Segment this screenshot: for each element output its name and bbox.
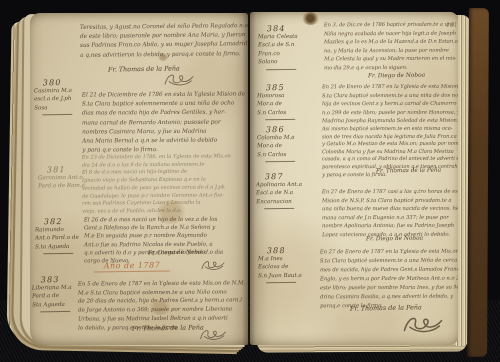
margin-underline [265,119,295,120]
entry-384-text: En 3. de Dic.re de 1786 bapticé privadam… [324,21,454,73]
entry-384-margin: 384 Maria CelestaEscl.a de S.n Fran.coSo… [258,24,314,70]
margin-underline [40,311,70,313]
left-page: Teresitas, y Agust.na Coronel del niño P… [30,13,248,345]
entry-386-margin: 386 Colomba M.aMor.a deS.n Carlos [257,125,313,163]
margin-underline [42,114,72,116]
margin-underline [266,69,296,70]
margin-underline [43,253,73,254]
margin-underline [265,161,295,162]
rubric-flourish-icon [198,327,228,343]
priest-signature: Fr. Diego de Noboa [148,250,205,257]
entry-margin-name: Colomba M.aMor.a deS.n Carlos [257,134,313,160]
entry-387-text: En 27 de Enero de 1787 casi a las q.tro … [322,188,454,240]
entry-number: 384 [267,24,314,33]
entry-number: 387 [265,172,312,181]
baptismal-register-photo: Teresitas, y Agust.na Coronel del niño P… [0,0,500,362]
entry-margin-name: Maria CelestaEscl.a de S.n Fran.coSolano [258,33,314,67]
entry-margin-name: RaimundoAnt.o Pard.o deS.ta Agueda [35,226,91,252]
entry-number: 385 [266,83,313,92]
priest-signature: Fr. Thomas de la Peña [350,303,422,313]
entry-margin-name: Apolinaria Ant.aEscl.a de N.aEncarnacion [256,181,312,207]
rubric-flourish-icon [200,258,226,273]
entry-380-text: El 21 de Diciembre de 1786 en esta la Yg… [82,90,242,156]
entry-385-margin: 385 HonorosaMor.a deS.n Carlos [257,83,313,121]
opening-fragment-text: Teresitas, y Agust.na Coronel del niño P… [80,22,244,61]
rubric-flourish-icon [400,313,446,337]
entry-381-text: En 23 de Diciembre de 1786, en la Yglesi… [82,153,243,216]
margin-underline [264,208,294,209]
open-manuscript-book: Teresitas, y Agust.na Coronel del niño P… [0,0,500,362]
entry-388-text: En 27 de Enero de 1787 en la Yglesia de … [320,248,454,312]
priest-signature: Fr. Diego de Noboa [368,73,425,80]
entry-385-text: En 21 de Enero de 1787 en la Yglesia de … [322,83,454,126]
margin-underline [266,282,296,283]
year-heading: Año de 1787 [94,260,170,272]
leather-cover-edge [467,8,489,357]
priest-signature: Fr. Thomas de la Peña [376,168,441,175]
entry-margin-name: HonorosaMor.a deS.n Carlos [257,92,313,118]
entry-387-margin: 387 Apolinaria Ant.aEscl.a de N.aEncarna… [256,172,312,210]
priest-signature: Fr. Thomas de la Peña [132,323,204,332]
entry-388-margin: 388 M.a InesEsclava deS.n Juan Baut.a [258,246,314,284]
entry-number: 388 [267,246,314,255]
entry-382-margin: 382 RaimundoAnt.o Pard.o deS.ta Agueda [35,217,92,255]
priest-signature: Fr. Diego de Noboa [366,236,423,243]
right-page: 131 384 Maria CelestaEscl.a de S.n Fran.… [250,12,458,345]
entry-number: 386 [266,125,313,134]
entry-margin-name: M.a InesEsclava deS.n Juan Baut.a [258,255,314,281]
rubric-flourish-icon [162,71,196,89]
